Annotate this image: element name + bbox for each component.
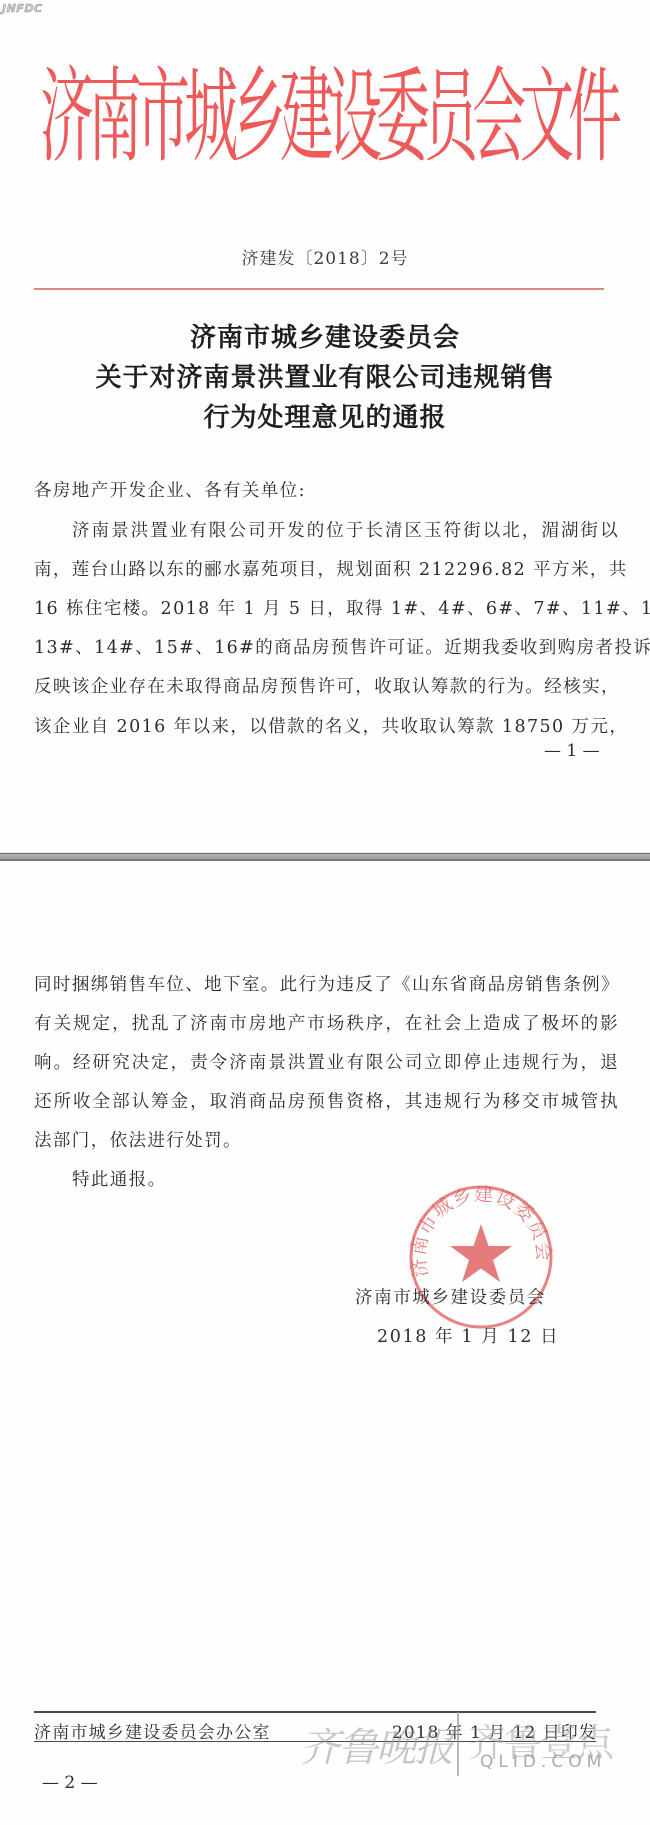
- issuer-header: 济南市城乡建设委员会文件: [40, 12, 610, 225]
- body-line: 13#、14#、15#、16#的商品房预售许可证。近期我委收到购房者投诉，: [34, 636, 619, 660]
- page-separator: [0, 852, 650, 861]
- title-line-2: 关于对济南景洪置业有限公司违规销售: [0, 357, 650, 394]
- signature-organization: 济南市城乡建设委员会: [355, 1284, 546, 1309]
- salutation: 各房地产开发企业、各有关单位:: [34, 479, 619, 503]
- body-line: 还所收全部认筹金，取消商品房预售资格，其违规行为移交市城管执: [34, 1090, 619, 1114]
- red-divider: [34, 288, 604, 290]
- document-number: 济建发〔2018〕2号: [0, 244, 650, 269]
- body-line: 法部门，依法进行处罚。: [34, 1129, 619, 1153]
- title-line-1: 济南市城乡建设委员会: [0, 317, 650, 354]
- body-line: 响。经研究决定，责令济南景洪置业有限公司立即停止违规行为，退: [34, 1051, 619, 1075]
- watermark-divider: [457, 1712, 459, 1776]
- body-line: 反映该企业存在未取得商品房预售许可，收取认筹款的行为。经核实，: [34, 675, 619, 699]
- newspaper-watermark: 齐鲁晚报: [300, 1716, 452, 1773]
- body-line: 16 栋住宅楼。2018 年 1 月 5 日，取得 1#、4#、6#、7#、11…: [34, 597, 619, 621]
- body-line: 该企业自 2016 年以来，以借款的名义，共收取认筹款 18750 万元，: [34, 715, 619, 739]
- title-line-3: 行为处理意见的通报: [0, 397, 650, 434]
- signature-date: 2018 年 1 月 12 日: [377, 1323, 559, 1348]
- body-line: 南，莲台山路以东的郦水嘉苑项目，规划面积 212296.82 平方米，共: [34, 558, 619, 582]
- issuing-office: 济南市城乡建设委员会办公室: [34, 1718, 271, 1743]
- site-watermark: JNFDC: [2, 2, 43, 15]
- page-number-2: — 2 —: [42, 1773, 98, 1793]
- body-line: 同时捆绑销售车位、地下室。此行为违反了《山东省商品房销售条例》: [34, 973, 619, 997]
- page-number-1: — 1 —: [544, 741, 600, 761]
- body-line: 济南景洪置业有限公司开发的位于长清区玉符街以北，湄湖街以: [72, 519, 619, 543]
- closing-remark: 特此通报。: [72, 1168, 650, 1192]
- domain-watermark: QLID.COM: [480, 1752, 606, 1772]
- body-line: 有关规定，扰乱了济南市房地产市场秩序，在社会上造成了极坏的影: [34, 1012, 619, 1036]
